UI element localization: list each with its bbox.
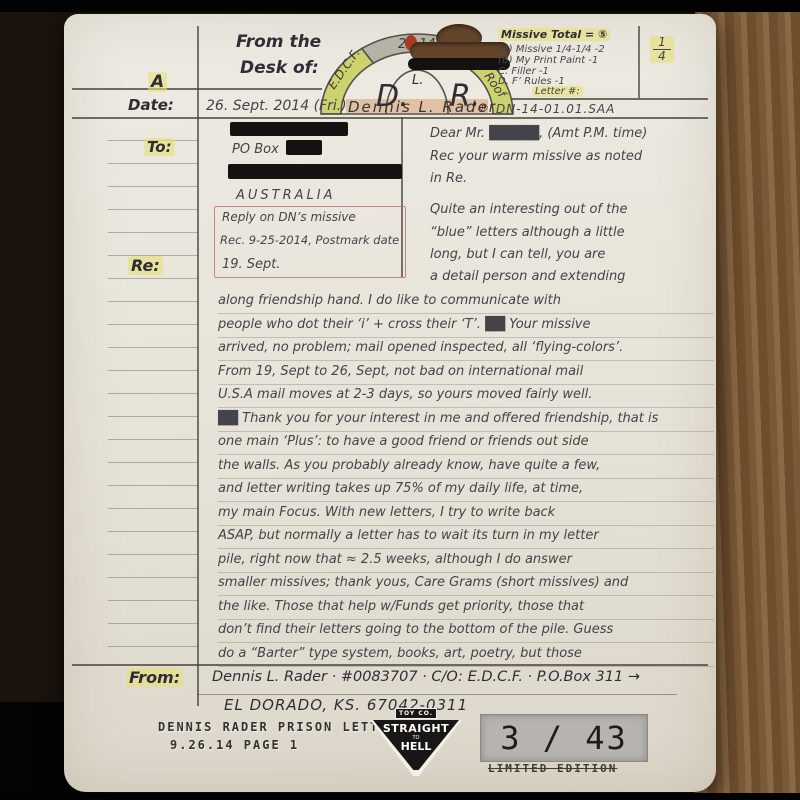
greeting-line: Rec your warm missive as noted (430, 149, 706, 171)
body-line: people who dot their ‘i’ + cross their ‘… (218, 314, 714, 338)
corner-mark: A (148, 72, 167, 92)
dome-year-left: 2 (398, 37, 406, 52)
body-line: along friendship hand. I do like to comm… (218, 290, 714, 314)
redaction-recipient-name (230, 122, 348, 136)
greeting-line: Quite an interesting out of the (430, 202, 706, 224)
body-line: ASAP, but normally a letter has to wait … (218, 525, 714, 549)
missive-item: (B) My Print Paint -1 (498, 55, 598, 66)
date-value: 26. Sept. 2014 (Fri.) (206, 98, 347, 114)
from-row-rule-bottom (197, 694, 677, 695)
edition-number: 3 / 43 (500, 719, 628, 757)
body-line: ██ Thank you for your interest in me and… (218, 408, 714, 432)
body-line: smaller missives; thank yous, Care Grams… (218, 572, 714, 596)
page-fraction: 1 4 (650, 36, 674, 63)
footer-caption-line2: 9.26.14 PAGE 1 (170, 738, 299, 752)
body-line: the like. Those that help w/Funds get pr… (218, 596, 714, 620)
greeting-line: Dear Mr. █████, (Amt P.M. time) (430, 126, 706, 148)
body-line: and letter writing takes up 75% of my da… (218, 478, 714, 502)
body-line: U.S.A mail moves at 2-3 days, so yours m… (218, 384, 714, 408)
logo-banner-text: TOY CO. (395, 708, 437, 719)
from-desk-line2: Desk of: (240, 58, 319, 78)
body-line: don’t find their letters going to the bo… (218, 619, 714, 643)
body-line: pile, right now that ≈ 2.5 weeks, althou… (218, 549, 714, 573)
reference-number: DN-14-01.01.SAA (496, 102, 615, 116)
logo-triangle: STRAIGHT TO HELL (370, 720, 462, 776)
reply-box-line2: Rec. 9-25-2014, Postmark date (220, 233, 399, 247)
header-rule-left (72, 88, 322, 90)
page-fraction-bottom: 4 (653, 50, 671, 63)
edition-number-box: 3 / 43 (480, 714, 648, 762)
from-address-line1: Dennis L. Rader · #0083707 · C/O: E.D.C.… (212, 669, 640, 685)
logo-line2: HELL (373, 741, 459, 753)
from-row-rule-top (72, 664, 708, 666)
body-line: one main ‘Plus’: to have a good friend o… (218, 431, 714, 455)
letter-card: A From the Desk of: E.D.C.F. 2 14 Roof D… (64, 14, 716, 792)
missive-total-title: Missive Total = ⑤ (498, 28, 610, 41)
missive-item-letter-number: Letter #: (532, 86, 583, 97)
missive-box-divider (638, 26, 640, 98)
redaction-po-box-number (286, 140, 322, 155)
greeting-line: “blue” letters although a little (430, 225, 706, 247)
date-label: Date: (128, 96, 174, 114)
page-fraction-top: 1 (653, 36, 671, 50)
redaction-city-line (228, 164, 402, 179)
to-label: To: (144, 138, 175, 156)
greeting-line: a detail person and extending (430, 269, 706, 291)
reply-box-line1: Reply on DN’s missive (222, 210, 356, 224)
header-rule-right (494, 98, 708, 100)
bottom-black-bar (0, 793, 800, 800)
body-line: my main Focus. With new letters, I try t… (218, 502, 714, 526)
from-label: From: (126, 668, 183, 687)
missive-item: (A) Missive 1/4-1/4 -2 (498, 44, 605, 55)
top-black-bar (0, 0, 800, 12)
body-line: arrived, no problem; mail opened inspect… (218, 337, 714, 361)
greeting-line: long, but I can tell, you are (430, 247, 706, 269)
body-line: From 19, Sept to 26, Sept, not bad on in… (218, 361, 714, 385)
redaction-marker-dome (408, 58, 510, 70)
left-margin-divider (197, 26, 199, 706)
dome-initial-l: L. (412, 73, 423, 88)
margin-ruled-lines (108, 118, 198, 666)
country-line: AUSTRALIA (236, 188, 336, 203)
re-label: Re: (128, 256, 163, 275)
re-value: 19. Sept. (222, 257, 281, 272)
po-box-label: PO Box (232, 142, 279, 157)
from-desk-line1: From the (236, 32, 321, 52)
limited-edition-label: LIMITED EDITION (488, 762, 617, 775)
dome-signature-name: Dennis L. Rader (348, 98, 497, 116)
logo-line1: STRAIGHT (373, 723, 459, 735)
toyco-straight-to-hell-logo: TOY CO. STRAIGHT TO HELL (370, 708, 462, 776)
greeting-line: in Re. (430, 171, 706, 193)
footer-caption-line1: DENNIS RADER PRISON LETTER (158, 720, 398, 734)
body-line: the walls. As you probably already know,… (218, 455, 714, 479)
